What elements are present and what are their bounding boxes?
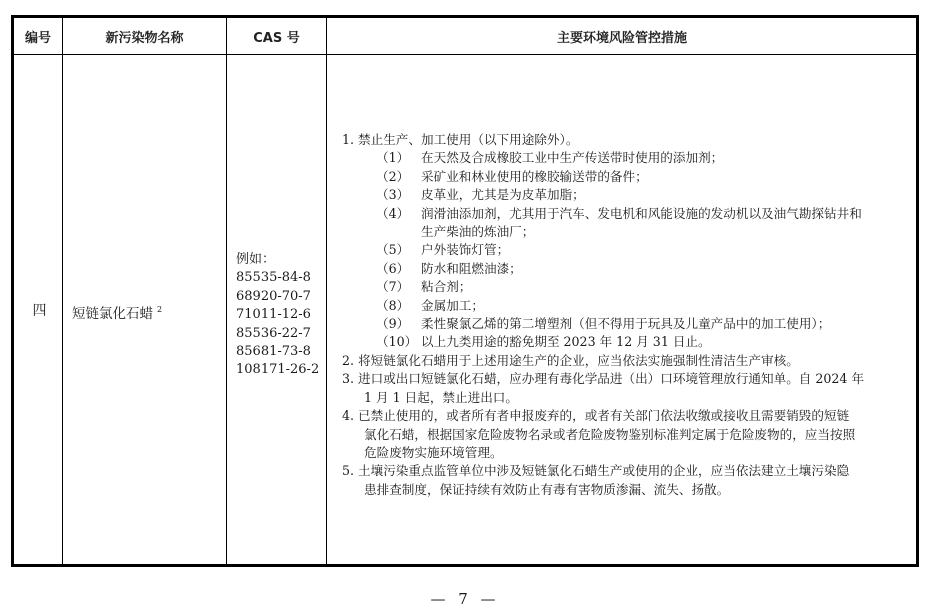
measure-text: 粘合剂； [421,279,471,294]
measure-text: 1. 禁止生产、加工使用（以下用途除外）。 [342,132,578,147]
sub-measure-index: （10） [376,333,421,351]
measure-text: 润滑油添加剂，尤其用于汽车、发电机和风能设施的发动机以及油气勘探钻井和 [421,206,862,221]
cas-number: 108171-26-2 [236,361,319,379]
footnote-marker: 2 [157,305,162,314]
measure-continuation: 生产柴油的炼油厂； [342,223,917,241]
measure-text: 金属加工； [421,298,484,313]
cas-number: 85535-84-8 [236,269,319,287]
header-measures: 主要环境风险管控措施 [327,18,917,54]
column-divider [226,18,227,564]
column-divider [326,18,327,564]
sub-measure-item: （3）皮革业，尤其是为皮革加脂； [342,186,917,204]
sub-measure-item: （2）采矿业和林业使用的橡胶输送带的备件； [342,168,917,186]
sub-measure-index: （1） [376,149,421,167]
row-number: 四 [14,55,65,564]
sub-measure-item: （7）粘合剂； [342,278,917,296]
measure-text: 柔性聚氯乙烯的第二增塑剂（但不得用于玩具及儿童产品中的加工使用）； [421,316,830,331]
measure-item: 5. 土壤污染重点监管单位中涉及短链氯化石蜡生产或使用的企业，应当依法建立土壤污… [342,462,917,480]
sub-measure-item: （8）金属加工； [342,297,917,315]
sub-measure-item: （5）户外装饰灯管； [342,241,917,259]
sub-measure-index: （2） [376,168,421,186]
cas-label: 例如： [236,251,319,269]
measure-text: 皮革业，尤其是为皮革加脂； [421,187,585,202]
pollutant-name: 短链氯化石蜡2 [72,302,162,322]
measure-item: 4. 已禁止使用的，或者所有者申报废弃的，或者有关部门依法收缴或接收且需要销毁的… [342,407,917,425]
measure-text: 4. 已禁止使用的，或者所有者申报废弃的，或者有关部门依法收缴或接收且需要销毁的… [342,408,849,423]
measure-continuation: 患排查制度，保证持续有效防止有毒有害物质渗漏、流失、扬散。 [342,481,917,499]
header-number: 编号 [14,18,62,54]
sub-measure-index: （8） [376,297,421,315]
measure-text: 在天然及合成橡胶工业中生产传送带时使用的添加剂； [421,150,723,165]
measure-text: 生产柴油的炼油厂； [421,224,534,239]
measure-text: 3. 进口或出口短链氯化石蜡，应办理有毒化学品进（出）口环境管理放行通知单。自 … [342,371,864,386]
measure-text: 1 月 1 日起，禁止进出口。 [364,390,518,405]
sub-measure-index: （9） [376,315,421,333]
sub-measure-index: （4） [376,205,421,223]
cas-list: 例如： 85535-84-8 68920-70-7 71011-12-6 855… [236,251,319,380]
cas-number: 71011-12-6 [236,306,319,324]
measure-item: 1. 禁止生产、加工使用（以下用途除外）。 [342,131,917,149]
sub-measure-index: （7） [376,278,421,296]
measure-text: 危险废物实施环境管理。 [364,445,503,460]
measure-text: 防水和阻燃油漆； [421,261,522,276]
measure-item: 3. 进口或出口短链氯化石蜡，应办理有毒化学品进（出）口环境管理放行通知单。自 … [342,370,917,388]
cas-number: 68920-70-7 [236,288,319,306]
sub-measure-item: （9）柔性聚氯乙烯的第二增塑剂（但不得用于玩具及儿童产品中的加工使用）； [342,315,917,333]
measure-item: 2. 将短链氯化石蜡用于上述用途生产的企业，应当依法实施强制性清洁生产审核。 [342,352,917,370]
measure-continuation: 1 月 1 日起，禁止进出口。 [342,389,917,407]
pollutant-table: 编号 新污染物名称 CAS 号 主要环境风险管控措施 四 短链氯化石蜡2 例如：… [11,15,919,567]
page-number: — 7 — [0,590,930,608]
sub-measure-item: （4）润滑油添加剂，尤其用于汽车、发电机和风能设施的发动机以及油气勘探钻井和 [342,205,917,223]
measure-continuation: 危险废物实施环境管理。 [342,444,917,462]
header-divider [14,54,916,55]
measure-text: 以上九类用途的豁免期至 2023 年 12 月 31 日止。 [421,334,711,349]
risk-control-measures: 1. 禁止生产、加工使用（以下用途除外）。（1）在天然及合成橡胶工业中生产传送带… [342,131,917,499]
measure-text: 5. 土壤污染重点监管单位中涉及短链氯化石蜡生产或使用的企业，应当依法建立土壤污… [342,463,849,478]
measure-text: 氯化石蜡，根据国家危险废物名录或者危险废物鉴别标准判定属于危险废物的，应当按照 [364,427,855,442]
sub-measure-item: （6）防水和阻燃油漆； [342,260,917,278]
sub-measure-item: （10）以上九类用途的豁免期至 2023 年 12 月 31 日止。 [342,333,917,351]
measure-text: 户外装饰灯管； [421,242,509,257]
header-cas: CAS 号 [227,18,326,54]
sub-measure-index: （3） [376,186,421,204]
measure-continuation: 氯化石蜡，根据国家危险废物名录或者危险废物鉴别标准判定属于危险废物的，应当按照 [342,426,917,444]
measure-text: 患排查制度，保证持续有效防止有毒有害物质渗漏、流失、扬散。 [364,482,729,497]
measure-text: 2. 将短链氯化石蜡用于上述用途生产的企业，应当依法实施强制性清洁生产审核。 [342,353,799,368]
cas-number: 85681-73-8 [236,343,319,361]
measure-text: 采矿业和林业使用的橡胶输送带的备件； [421,169,648,184]
cas-number: 85536-22-7 [236,325,319,343]
sub-measure-index: （6） [376,260,421,278]
header-pollutant-name: 新污染物名称 [63,18,226,54]
sub-measure-item: （1）在天然及合成橡胶工业中生产传送带时使用的添加剂； [342,149,917,167]
sub-measure-index: （5） [376,241,421,259]
pollutant-name-text: 短链氯化石蜡 [72,306,153,322]
